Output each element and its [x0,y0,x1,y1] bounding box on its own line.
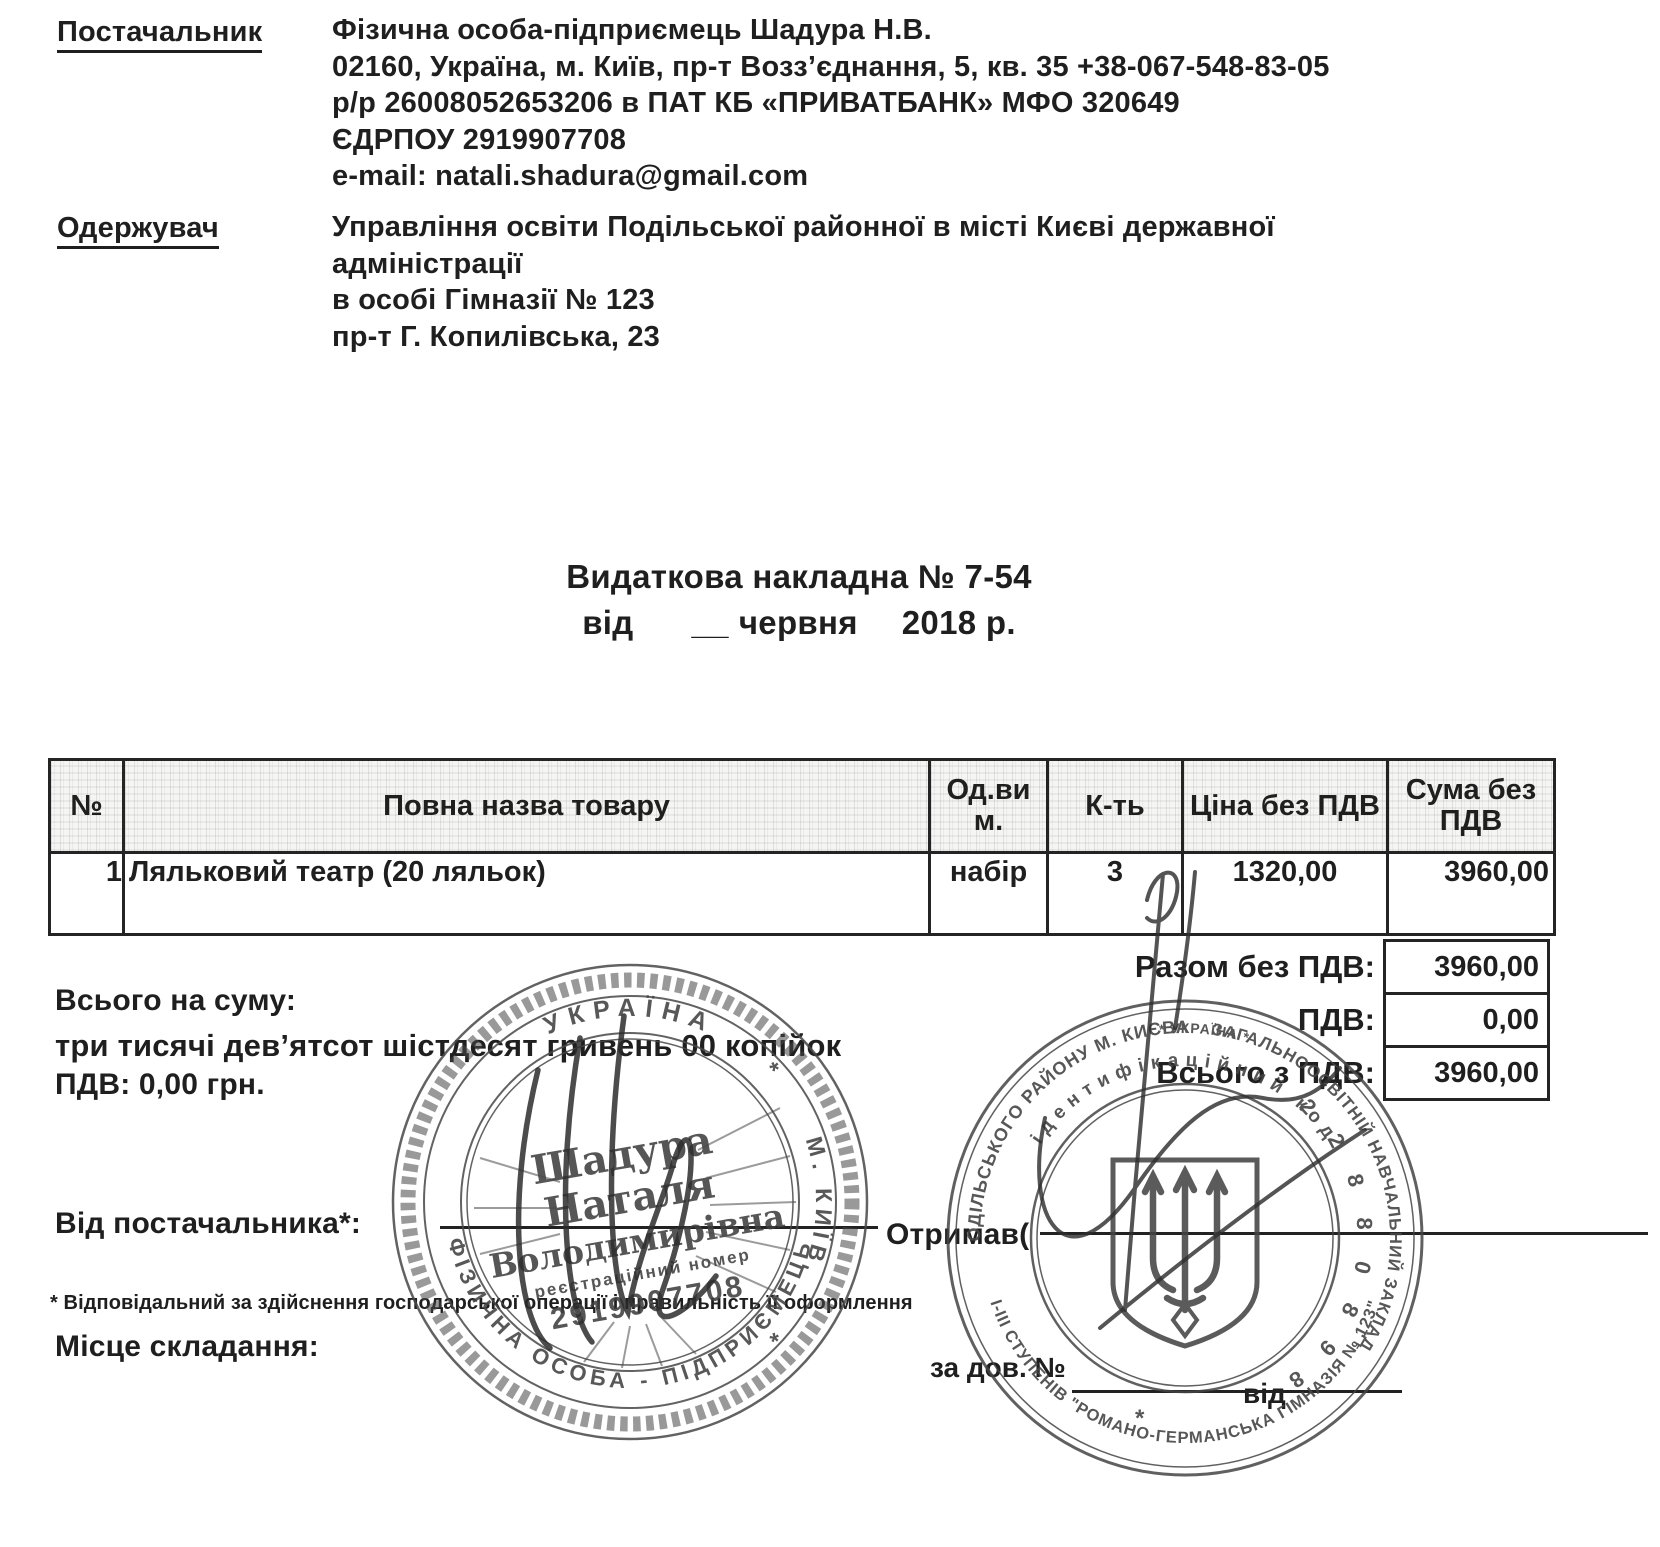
invoice-document: Постачальник Фізична особа-підприємець Ш… [0,0,1660,1547]
svg-text:І-ІІІ СТУПЕНІВ "РОМАНО-ГЕРМАНС: І-ІІІ СТУПЕНІВ "РОМАНО-ГЕРМАНСЬКА ГІМНАЗ… [987,1298,1384,1448]
supplier-line: 02160, Україна, м. Київ, пр-т Возз’єднан… [332,49,1512,86]
col-header-sum: Сума без ПДВ [1386,761,1553,854]
place-of-issue-label: Місце складання: [55,1330,319,1364]
item-number: 1 [51,854,122,933]
col-header-unit: Од.ви м. [928,761,1046,854]
col-header-qty: К-ть [1046,761,1181,854]
item-name: Ляльковий театр (20 ляльок) [122,854,928,933]
date-blank: __ [692,604,729,641]
recipient-line: Управління освіти Подільської районної в… [332,209,1512,246]
supplier-label-wrap: Постачальник [57,16,262,53]
supplier-line: Фізична особа-підприємець Шадура Н.В. [332,12,1512,49]
recipient-label: Одержувач [57,212,219,249]
document-date-line: від__червня2018 р. [48,604,1550,642]
supplier-stamp: УКРАЇНА * М. КИЇВ * ФІЗИЧНА ОСОБА - ПІДП… [378,950,882,1454]
date-year: 2018 р. [902,604,1016,641]
table-header-row: № Повна назва товару Од.ви м. К-ть Ціна … [51,761,1553,854]
total-sum-label: Всього на суму: [55,984,296,1018]
recipient-line: в особі Гімназії № 123 [332,282,1512,319]
vat-amount-line: ПДВ: 0,00 грн. [55,1068,265,1102]
date-prefix: від [582,604,633,641]
col-header-price: Ціна без ПДВ [1181,761,1386,854]
stamp-school-name-text: І-ІІІ СТУПЕНІВ "РОМАНО-ГЕРМАНСЬКА ГІМНАЗ… [987,1298,1384,1448]
supplier-line: e-mail: natali.shadura@gmail.com [332,158,1512,195]
col-header-name: Повна назва товару [122,761,928,854]
receiver-stamp: ПОДІЛЬСЬКОГО РАЙОНУ М. КИЄВА * УКРАЇНА *… [895,858,1475,1518]
stamp-star: * [1135,1405,1145,1432]
recipient-line: пр-т Г. Копилівська, 23 [332,319,1512,356]
supplier-label: Постачальник [57,16,262,53]
from-supplier-label: Від постачальника*: [55,1207,361,1241]
recipient-line: адміністрації [332,246,1512,283]
supplier-info: Фізична особа-підприємець Шадура Н.В. 02… [332,12,1512,195]
svg-text:*: * [758,1057,785,1083]
document-title: Видаткова накладна № 7-54 [48,558,1550,596]
recipient-info: Управління освіти Подільської районної в… [332,209,1512,355]
col-header-number: № [51,761,122,854]
recipient-label-wrap: Одержувач [57,212,219,249]
date-month: червня [739,604,858,641]
supplier-line: ЄДРПОУ 2919907708 [332,122,1512,159]
stamp-star: * [758,1057,785,1083]
supplier-line: р/р 26008052653206 в ПАТ КБ «ПРИВАТБАНК»… [332,85,1512,122]
